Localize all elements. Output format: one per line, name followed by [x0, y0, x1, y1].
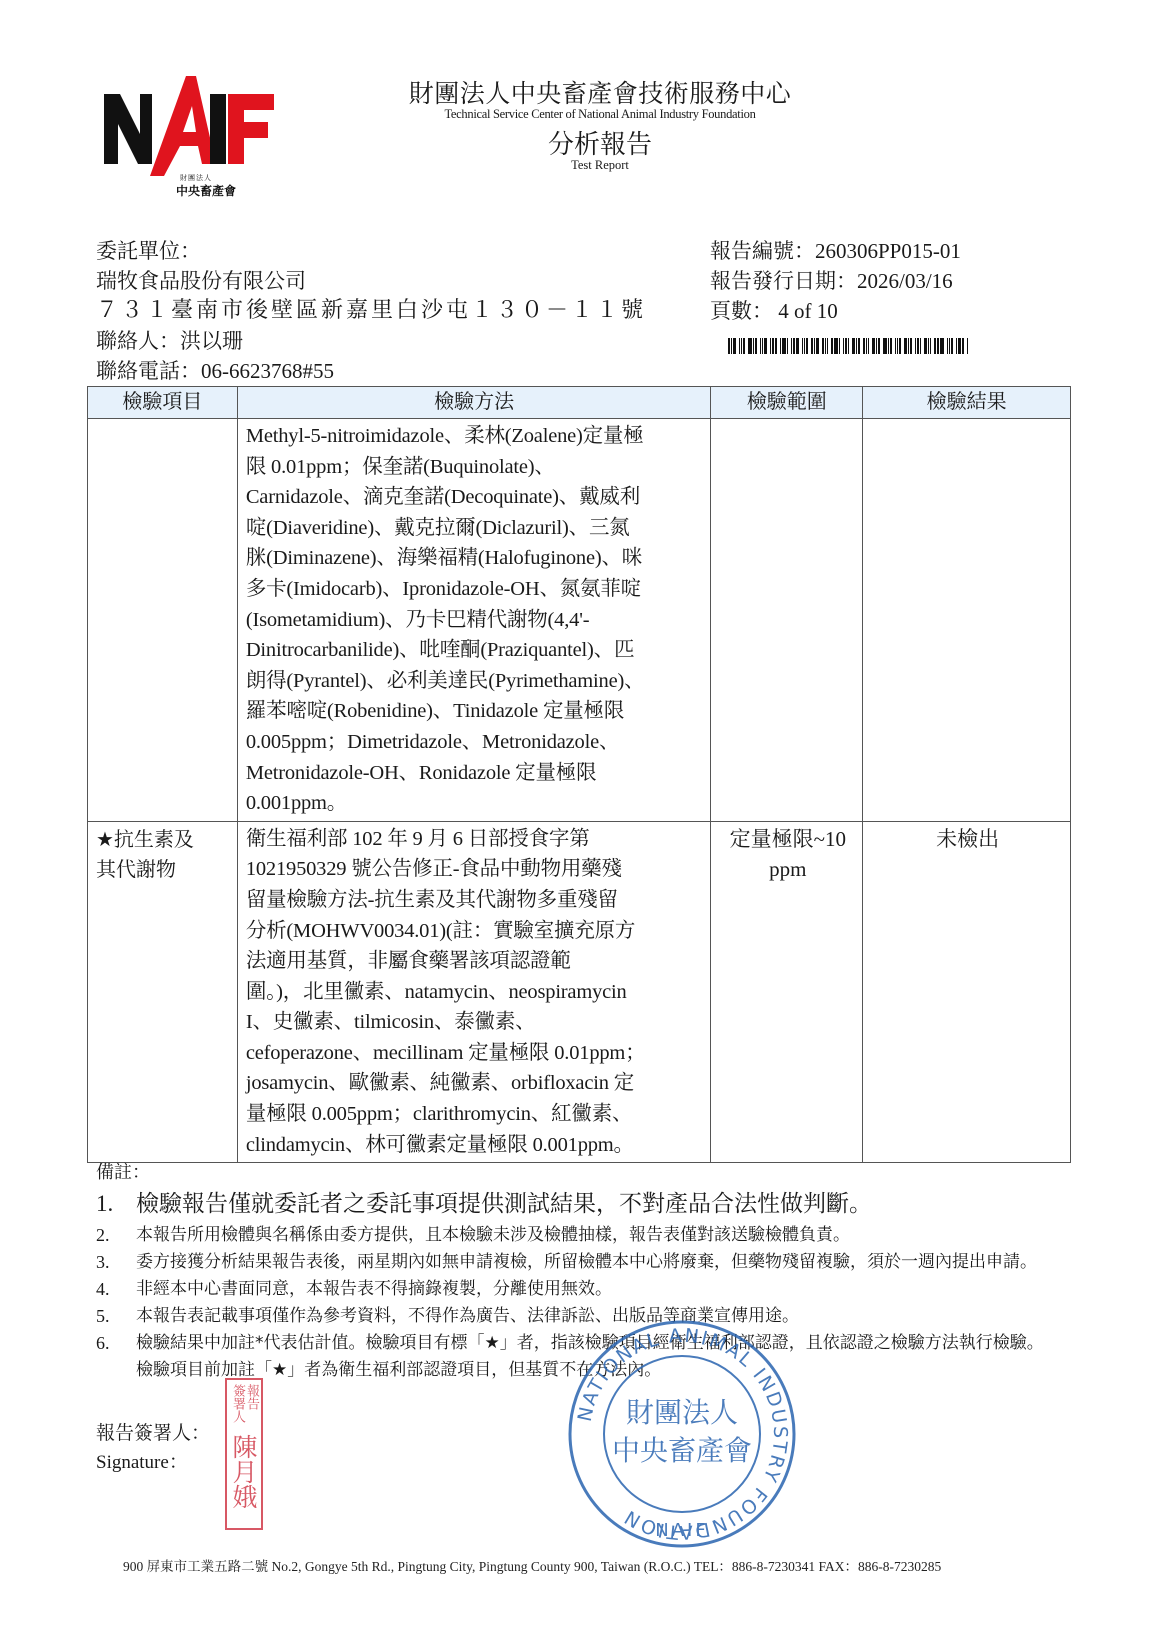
method-line: 朗得(Pyrantel)、必利美達民(Pyrimethamine)、: [246, 666, 705, 697]
method-line: Dinitrocarbanilide)、吡喹酮(Praziquantel)、匹: [246, 635, 705, 666]
round-seal-icon: NATIONAL ANIMAL INDUSTRY FOUNDATION 財團法人…: [566, 1318, 798, 1550]
report-number: 報告編號：260306PP015-01: [710, 236, 961, 266]
logo-subtitle: 中央畜產會: [176, 182, 236, 199]
footer-address: 900 屏東市工業五路二號 No.2, Gongye 5th Rd., Ping…: [123, 1555, 941, 1575]
row-range: 定量極限~10 ppm: [711, 821, 863, 1163]
barcode-icon: [728, 338, 996, 354]
item-line: 其代謝物: [96, 854, 231, 885]
method-line: 脒(Diminazene)、海樂福精(Halofuginone)、咪: [246, 543, 705, 574]
method-line: 法適用基質，非屬食藥署該項認證範: [246, 946, 705, 977]
method-line: josamycin、歐黴素、純黴素、orbifloxacin 定: [246, 1068, 705, 1099]
red-seal-col: 簽署人: [230, 1384, 244, 1423]
remark-text: 檢驗報告僅就委託者之委託事項提供測試結果，不對產品合法性做判斷。: [136, 1186, 872, 1222]
range-line: 定量極限~10: [719, 824, 856, 855]
method-line: 多卡(Imidocarb)、Ipronidazole-OH、氮氨菲啶: [246, 574, 705, 605]
method-line: (Isometamidium)、乃卡巴精代謝物(4,4'-: [246, 605, 705, 636]
method-line: Methyl-5-nitroimidazole、柔林(Zoalene)定量極: [246, 421, 705, 452]
row-range: [711, 419, 863, 822]
row-item: [88, 419, 238, 822]
header-test-item: 檢驗項目: [88, 387, 238, 419]
org-name-zh: 財團法人中央畜產會技術服務中心: [340, 74, 860, 110]
method-line: Carnidazole、滴克奎諾(Decoquinate)、戴威利: [246, 482, 705, 513]
method-line: 1021950329 號公告修正-食品中動物用藥殘: [246, 854, 705, 885]
report-title: 分析報告: [340, 124, 860, 161]
method-line: 衛生福利部 102 年 9 月 6 日部授食字第: [246, 824, 705, 855]
signature-label-en: Signature：: [96, 1448, 210, 1478]
report-page-label: 頁數：: [710, 299, 773, 323]
remarks-title: 備註：: [96, 1160, 1056, 1186]
remark-text: 委方接獲分析結果報告表後，兩星期內如無申請複檢，所留檢體本中心將廢棄，但藥物殘留…: [136, 1249, 1037, 1276]
header-test-result: 檢驗結果: [863, 387, 1071, 419]
report-title-en: Test Report: [340, 158, 860, 173]
signature-label-zh: 報告簽署人：: [96, 1418, 210, 1448]
remark-number: 4.: [96, 1276, 136, 1303]
method-line: 圍。)，北里黴素、natamycin、neospiramycin: [246, 977, 705, 1008]
remark-item: 1.檢驗報告僅就委託者之委託事項提供測試結果，不對產品合法性做判斷。: [96, 1186, 1056, 1222]
item-line: ★抗生素及: [96, 824, 231, 855]
red-seal-col: 報告: [244, 1384, 258, 1423]
report-number-value: 260306PP015-01: [815, 239, 961, 263]
client-address: ７３１臺南市後壁區新嘉里白沙屯１３０－１１號: [96, 296, 646, 326]
naif-logo: 財團法人 中央畜產會: [104, 76, 280, 204]
table-row: ★抗生素及 其代謝物 衛生福利部 102 年 9 月 6 日部授食字第 1021…: [88, 821, 1071, 1163]
row-item: ★抗生素及 其代謝物: [88, 821, 238, 1163]
method-line: clindamycin、林可黴素定量極限 0.001ppm。: [246, 1130, 705, 1161]
contact-name: 洪以珊: [180, 329, 243, 353]
remark-number: 6.: [96, 1330, 136, 1384]
row-result: [863, 419, 1071, 822]
row-result: 未檢出: [863, 821, 1071, 1163]
client-label: 委託單位：: [96, 236, 646, 266]
row-method: 衛生福利部 102 年 9 月 6 日部授食字第 1021950329 號公告修…: [237, 821, 711, 1163]
range-line: ppm: [719, 854, 856, 885]
results-table: 檢驗項目 檢驗方法 檢驗範圍 檢驗結果 Methyl-5-nitroimidaz…: [87, 386, 1071, 1163]
method-line: 留量檢驗方法-抗生素及其代謝物多重殘留: [246, 885, 705, 916]
report-page: 頁數： 4 of 10: [710, 296, 961, 326]
method-line: 羅苯嘧啶(Robenidine)、Tinidazole 定量極限: [246, 696, 705, 727]
report-number-label: 報告編號：: [710, 239, 815, 263]
svg-text:NAIF: NAIF: [655, 1520, 708, 1541]
red-seal-name: 陳月娥: [231, 1434, 259, 1509]
method-line: 量極限 0.005ppm；clarithromycin、紅黴素、: [246, 1099, 705, 1130]
remark-number: 3.: [96, 1249, 136, 1276]
method-line: 0.005ppm；Dimetridazole、Metronidazole、: [246, 727, 705, 758]
client-phone: 聯絡電話：06-6623768#55: [96, 356, 646, 386]
method-line: 限 0.01ppm；保奎諾(Buquinolate)、: [246, 452, 705, 483]
svg-text:財團法人: 財團法人: [626, 1396, 738, 1429]
remark-text: 非經本中心書面同意，本報告表不得摘錄複製，分離使用無效。: [136, 1276, 612, 1303]
header-test-method: 檢驗方法: [237, 387, 711, 419]
header-test-range: 檢驗範圍: [711, 387, 863, 419]
report-date-label: 報告發行日期：: [710, 269, 857, 293]
signature-block: 報告簽署人： Signature：: [96, 1418, 210, 1478]
method-line: 啶(Diaveridine)、戴克拉爾(Diclazuril)、三氮: [246, 513, 705, 544]
red-seal-small-text: 簽署人 報告: [230, 1384, 260, 1423]
org-name-en: Technical Service Center of National Ani…: [340, 107, 860, 122]
method-line: 分析(MOHWV0034.01)(註：實驗室擴充原方: [246, 916, 705, 947]
phone-label: 聯絡電話：: [96, 359, 201, 383]
svg-text:中央畜產會: 中央畜產會: [612, 1434, 752, 1467]
contact-label: 聯絡人：: [96, 329, 180, 353]
remark-number: 5.: [96, 1303, 136, 1330]
table-header-row: 檢驗項目 檢驗方法 檢驗範圍 檢驗結果: [88, 387, 1071, 419]
row-method: Methyl-5-nitroimidazole、柔林(Zoalene)定量極 限…: [237, 419, 711, 822]
remark-number: 2.: [96, 1222, 136, 1249]
method-line: 0.001ppm。: [246, 788, 705, 819]
method-line: cefoperazone、mecillinam 定量極限 0.01ppm；: [246, 1038, 705, 1069]
table-row: Methyl-5-nitroimidazole、柔林(Zoalene)定量極 限…: [88, 419, 1071, 822]
report-date: 報告發行日期：2026/03/16: [710, 266, 961, 296]
client-contact: 聯絡人：洪以珊: [96, 326, 646, 356]
remark-item: 4.非經本中心書面同意，本報告表不得摘錄複製，分離使用無效。: [96, 1276, 1056, 1303]
client-info: 委託單位： 瑞牧食品股份有限公司 ７３１臺南市後壁區新嘉里白沙屯１３０－１１號 …: [96, 236, 646, 386]
phone-value: 06-6623768#55: [201, 359, 334, 383]
remark-item: 2.本報告所用檢體與名稱係由委方提供，且本檢驗未涉及檢體抽樣，報告表僅對該送驗檢…: [96, 1222, 1056, 1249]
method-line: Metronidazole-OH、Ronidazole 定量極限: [246, 758, 705, 789]
remark-item: 3.委方接獲分析結果報告表後，兩星期內如無申請複檢，所留檢體本中心將廢棄，但藥物…: [96, 1249, 1056, 1276]
foundation-blue-seal: NATIONAL ANIMAL INDUSTRY FOUNDATION 財團法人…: [566, 1318, 798, 1550]
remark-number: 1.: [96, 1186, 136, 1222]
method-line: I、史黴素、tilmicosin、泰黴素、: [246, 1007, 705, 1038]
client-company: 瑞牧食品股份有限公司: [96, 266, 646, 296]
remark-text: 本報告所用檢體與名稱係由委方提供，且本檢驗未涉及檢體抽樣，報告表僅對該送驗檢體負…: [136, 1222, 850, 1249]
report-date-value: 2026/03/16: [857, 269, 953, 293]
report-meta: 報告編號：260306PP015-01 報告發行日期：2026/03/16 頁數…: [710, 236, 961, 326]
report-page-value: 4 of 10: [773, 299, 838, 323]
signer-red-seal: 簽署人 報告 陳月娥: [225, 1378, 263, 1530]
naif-logo-mark-icon: [104, 76, 280, 176]
